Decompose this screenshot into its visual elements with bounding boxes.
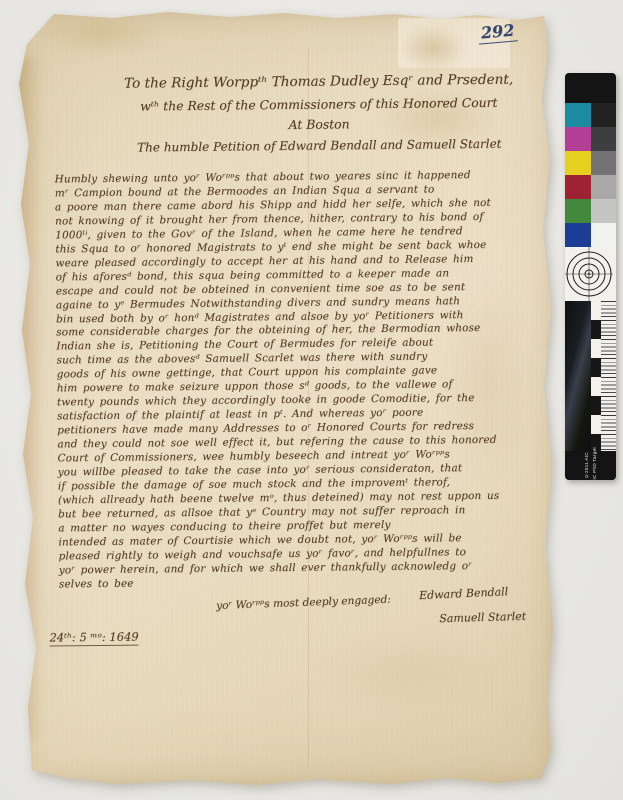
heading-petitioners: The humble Petition of Edward Bendall an…	[109, 136, 529, 154]
handwritten-text: To the Right Worppᵗʰ Thomas Dudley Esqʳ …	[13, 5, 555, 11]
signature-samuell-starlet: Samuell Starlet	[439, 610, 526, 625]
color-calibration-target: ©2011 AIC AIC PhD Target	[565, 73, 616, 480]
ruler-section	[565, 301, 616, 451]
patch-gray-3	[591, 151, 616, 175]
checker-scale	[591, 301, 601, 451]
patch-gray-5	[591, 199, 616, 223]
patch-gray-1	[591, 103, 616, 127]
patch-row	[565, 103, 616, 127]
catalog-number: 292	[477, 20, 518, 44]
target-footer: ©2011 AIC AIC PhD Target	[565, 451, 616, 480]
closing-line: yoʳ Woʳᵖᵖs most deeply engaged:	[216, 594, 391, 612]
water-stain	[400, 24, 466, 72]
signature-edward-bendall: Edward Bendall	[419, 585, 509, 602]
bullseye-target-icon	[565, 247, 616, 301]
date-annotation: 24ᵗʰ: 5 ᵐᵒ: 1649	[49, 630, 138, 647]
petition-heading: To the Right Worppᵗʰ Thomas Dudley Esqʳ …	[109, 71, 530, 154]
foxing-stain	[34, 12, 164, 56]
heading-addressee: To the Right Worppᵗʰ Thomas Dudley Esqʳ …	[109, 71, 529, 91]
patch-row	[565, 151, 616, 175]
foxing-stain	[314, 636, 509, 711]
ruler-ticks	[601, 301, 616, 451]
patch-cyan	[565, 103, 591, 127]
patch-row	[565, 175, 616, 199]
heading-place: At Boston	[109, 114, 529, 133]
target-top-band	[565, 73, 616, 103]
patch-row	[565, 223, 616, 247]
patch-row	[565, 127, 616, 151]
target-copyright-label: ©2011 AIC	[584, 452, 589, 478]
patch-gray-2	[591, 127, 616, 151]
petition-body: Humbly shewing unto yoʳ Woʳᵖᵖs that abou…	[55, 168, 539, 592]
archival-photo: 292 To the Right Worppᵗʰ Thomas Dudley E…	[0, 0, 623, 800]
patch-green	[565, 199, 591, 223]
patch-white	[591, 223, 616, 247]
paper-sheet: 292 To the Right Worppᵗʰ Thomas Dudley E…	[16, 8, 558, 788]
heading-commissioners: wᵗʰ the Rest of the Commissioners of thi…	[109, 94, 529, 113]
patch-blue	[565, 223, 591, 247]
patch-magenta	[565, 127, 591, 151]
manuscript-page: 292 To the Right Worppᵗʰ Thomas Dudley E…	[16, 8, 558, 788]
gloss-black-panel	[565, 301, 591, 451]
patch-yellow	[565, 151, 591, 175]
target-name-label: AIC PhD Target	[592, 447, 597, 480]
patch-red	[565, 175, 591, 199]
patch-gray-4	[591, 175, 616, 199]
torn-edge-discoloration	[12, 58, 42, 738]
patch-row	[565, 199, 616, 223]
